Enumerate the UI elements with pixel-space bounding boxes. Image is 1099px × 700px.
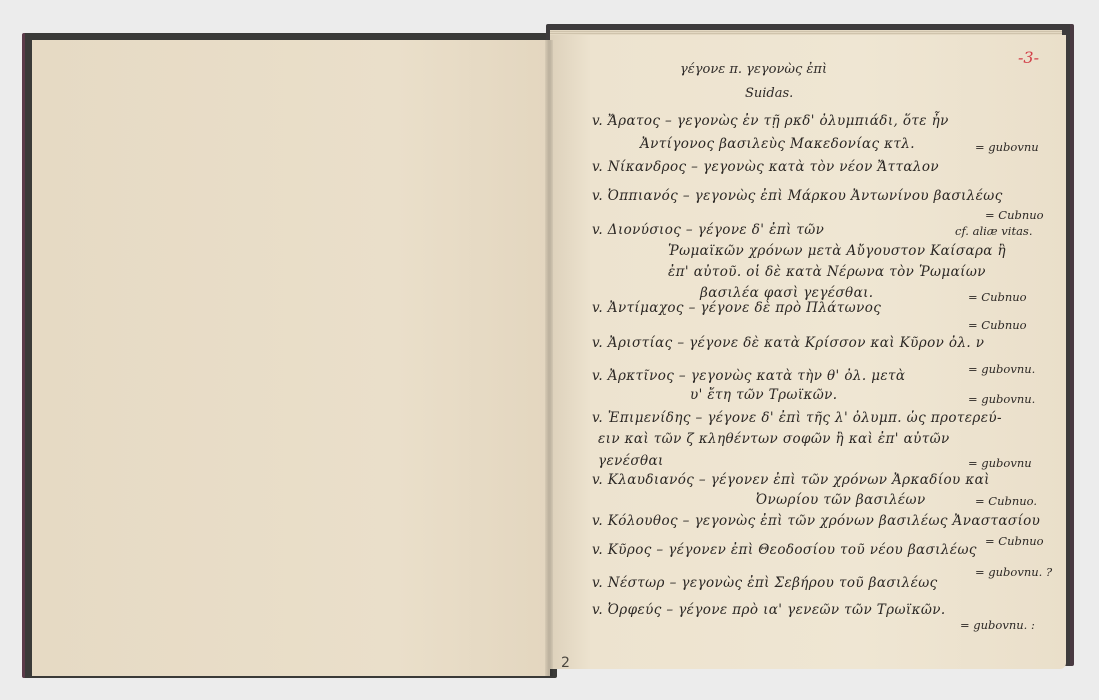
entry-dionysios-note: cf. aliæ vitas. xyxy=(955,224,1033,238)
entry-oppianos: v. Ὀππιανός – γεγονὼς ἐπὶ Μάρκου Ἀντωνίν… xyxy=(592,188,1003,204)
entry-aratos: v. Ἄρατος – γεγονὼς ἐν τῇ ρκδ' ὀλυμπιάδι… xyxy=(592,113,949,129)
heading-line-1: γέγονε π. γεγονὼς ἐπὶ xyxy=(680,62,827,77)
book-gutter xyxy=(545,40,553,676)
entry-epimenides: v. Ἐπιμενίδης – γέγονε δ' ἐπὶ τῆς λ' ὀλυ… xyxy=(592,410,1002,426)
entry-orpheus-note: = gubovnu. : xyxy=(960,618,1035,632)
entry-epimenides-cont-1: ειν καὶ τῶν ζ κληθέντων σοφῶν ἢ καὶ ἐπ' … xyxy=(598,431,950,447)
entry-kolouthos: v. Κόλουθος – γεγονὼς ἐπὶ τῶν χρόνων βασ… xyxy=(592,513,1040,529)
entry-epimenides-note: = gubovnu xyxy=(968,456,1032,470)
entry-klaudianos: v. Κλαυδιανός – γέγονεν ἐπὶ τῶν χρόνων Ἀ… xyxy=(592,472,990,488)
entry-arktinos-note: = gubovnu. xyxy=(968,362,1035,376)
heading-line-2: Suidas. xyxy=(745,86,793,101)
entry-arktinos: v. Ἀρκτῖνος – γεγονὼς κατὰ τὴν θ' ὀλ. με… xyxy=(592,368,905,384)
entry-dionysios-cont-1: Ῥωμαϊκῶν χρόνων μετὰ Αὔγουστον Καίσαρα ἢ xyxy=(668,243,1006,259)
entry-epimenides-cont-2: γενέσθαι xyxy=(598,453,664,469)
entry-nikandros: v. Νίκανδρος – γεγονὼς κατὰ τὸν νέον Ἄττ… xyxy=(592,159,939,175)
entry-orpheus: v. Ὀρφεύς – γέγονε πρὸ ια' γενεῶν τῶν Τρ… xyxy=(592,602,946,618)
entry-nestor: v. Νέστωρ – γεγονὼς ἐπὶ Σεβήρου τοῦ βασι… xyxy=(592,575,938,591)
entry-aristias-note: = Cubnuo xyxy=(968,318,1027,332)
entry-nestor-note: = gubovnu. ? xyxy=(975,565,1052,579)
entry-antimachos: v. Ἀντίμαχος – γέγονε δὲ πρὸ Πλάτωνος xyxy=(592,300,881,316)
entry-dionysios-cont-2: ἐπ' αὐτοῦ. οἱ δὲ κατὰ Νέρωνα τὸν Ῥωμαίων xyxy=(668,264,986,280)
left-page-number: 2 xyxy=(561,655,570,671)
entry-dionysios: v. Διονύσιος – γέγονε δ' ἐπὶ τῶν xyxy=(592,222,824,238)
entry-klaudianos-cont: Ὀνωρίου τῶν βασιλέων xyxy=(756,492,926,508)
entry-aratos-note: = gubovnu xyxy=(975,140,1039,154)
entry-oppianos-note: = Cubnuo xyxy=(985,208,1044,222)
entry-kyros-note: = Cubnuo xyxy=(985,534,1044,548)
entry-kyros: v. Κῦρος – γέγονεν ἐπὶ Θεοδοσίου τοῦ νέο… xyxy=(592,542,977,558)
entry-antimachos-note: = Cubnuo xyxy=(968,290,1027,304)
entry-arktinos-note-2: = gubovnu. xyxy=(968,392,1035,406)
right-page-number: -3- xyxy=(1018,48,1039,67)
entry-aratos-cont: Ἀντίγονος βασιλεὺς Μακεδονίας κτλ. xyxy=(640,136,915,152)
left-page-blank xyxy=(32,40,550,676)
entry-dionysios-cont-3: βασιλέα φασὶ γεγέσθαι. xyxy=(700,285,873,301)
entry-klaudianos-note: = Cubnuo. xyxy=(975,494,1037,508)
entry-arktinos-cont: υ' ἔτη τῶν Τρωϊκῶν. xyxy=(690,387,837,403)
entry-aristias: v. Ἀριστίας – γέγονε δὲ κατὰ Κρίσσον καὶ… xyxy=(592,335,984,351)
